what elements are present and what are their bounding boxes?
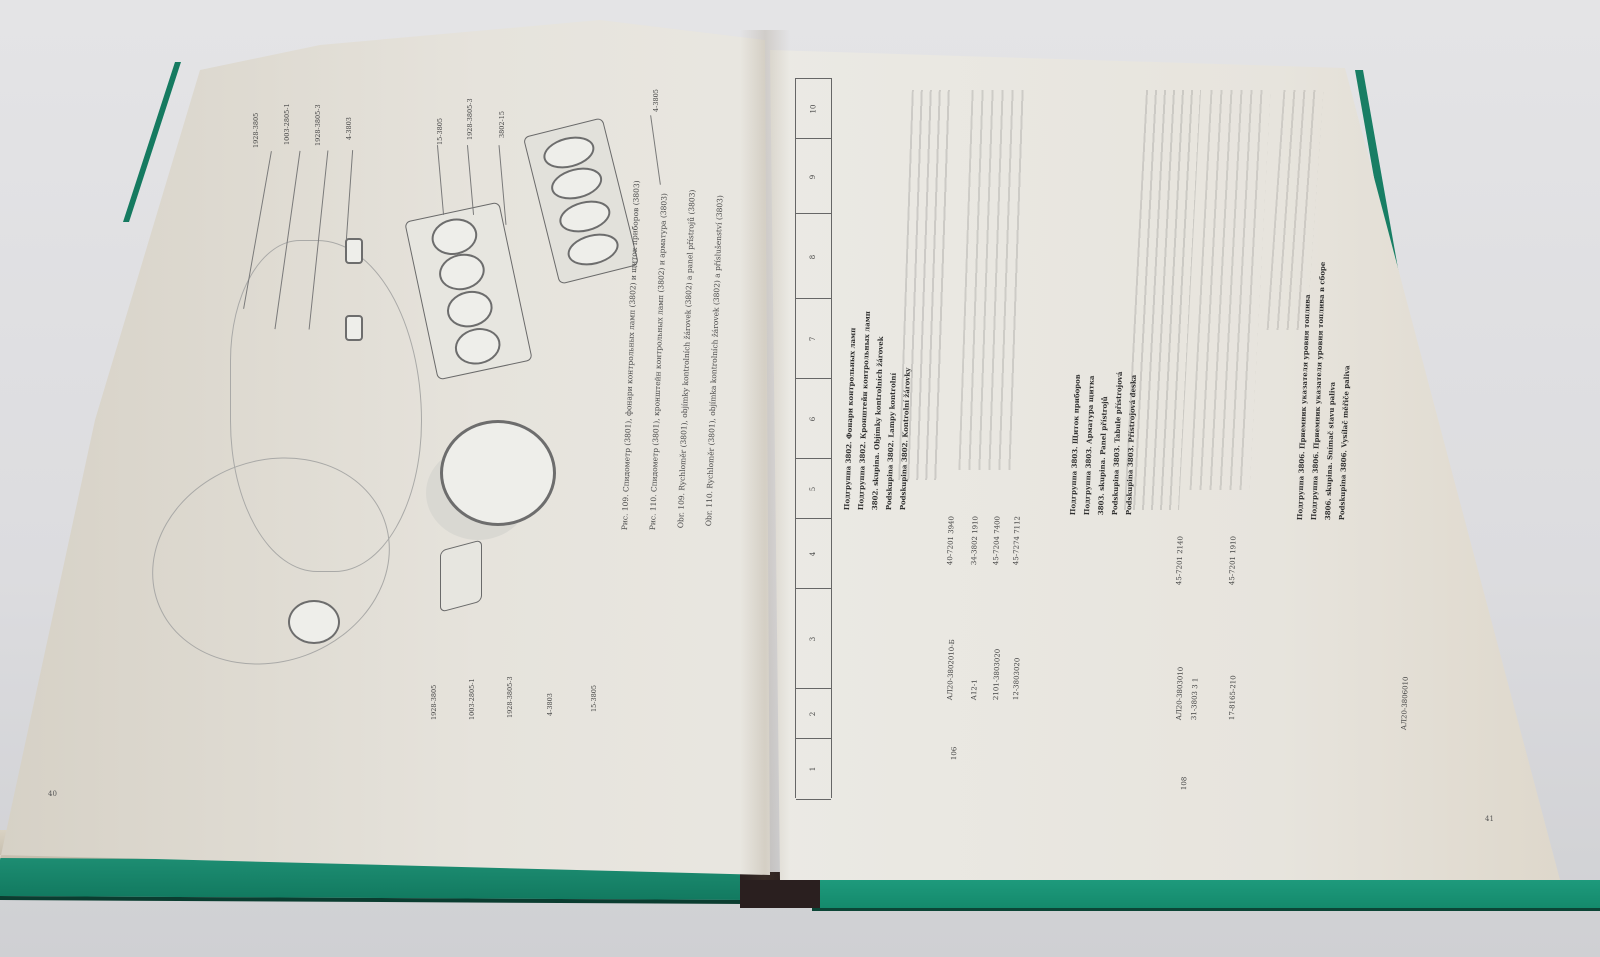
part-number: 34-3802 1910 (970, 516, 980, 565)
callout-label: 15-3805 (590, 685, 598, 712)
description-text-block (1267, 90, 1324, 330)
section-heading: Podskupina 3802. Lampy kontrolní (884, 373, 898, 511)
section-heading: Podskupina 3803. Tabule přístrojová (1110, 371, 1124, 515)
book-cover-right (812, 880, 1600, 911)
part-number: 45-7201 2140 (1175, 536, 1185, 585)
column-header: 9 (796, 138, 831, 214)
speedometer-drawing (440, 420, 556, 526)
figure-caption: Obr. 110. Rychloměr (3801), objímka kont… (704, 195, 726, 526)
column-header: 6 (796, 378, 831, 459)
row-number: 106 (950, 747, 958, 761)
lamp-socket-drawing (345, 315, 363, 341)
instrument-faceplate-drawing (523, 117, 639, 284)
gauge-sketch-small (288, 600, 340, 644)
callout-label: 1928-3805-3 (466, 98, 474, 140)
part-number: 45-7201 1910 (1228, 536, 1238, 585)
row-number: 108 (1180, 777, 1188, 791)
callout-label: 1928-3805-3 (314, 104, 322, 146)
part-number: 40-7201 3940 (946, 516, 956, 565)
callout-label: 3802-15 (498, 111, 506, 138)
description-text-block (958, 90, 1026, 470)
section-heading: Подгруппа 3802. Фонари контрольных ламп (842, 328, 857, 511)
book-gutter (740, 30, 790, 880)
section-heading: 3803. skupina. Panel přístrojů (1096, 396, 1109, 515)
callout-label: 4-3803 (345, 117, 353, 140)
section-heading: 3802. skupina. Objímky kontrolních žárov… (870, 336, 885, 510)
column-header: 8 (796, 213, 831, 299)
callout-line (467, 145, 474, 215)
column-header: 1 (796, 738, 831, 800)
description-text-block (898, 90, 952, 480)
figure-caption: Obr. 109. Rychloměr (3801), objímky kont… (676, 189, 698, 528)
callout-label: 4-3803 (546, 693, 554, 716)
lamp-socket-drawing (345, 238, 363, 264)
part-number: 45-7204 7400 (992, 516, 1002, 565)
section-heading: Подгруппа 3802. Кронштейн контрольных ла… (856, 311, 872, 510)
part-number: AЛ20-3803010 (1175, 667, 1185, 721)
column-header: 4 (796, 518, 831, 589)
figure-caption: Рис. 110. Спидометр (3801), кронштейн ко… (648, 193, 670, 530)
part-number: 45-7274 7112 (1012, 516, 1022, 565)
column-header: 3 (796, 588, 831, 689)
callout-label: 1003-2805-1 (283, 103, 291, 145)
column-header: 10 (796, 78, 831, 139)
callout-label: 1928-3805 (430, 685, 438, 720)
column-header: 5 (796, 458, 831, 519)
column-header: 7 (796, 298, 831, 379)
part-number: 12-3803020 (1012, 658, 1021, 701)
section-heading: Podskupina 3806. Vysílač měřiče paliva (1337, 365, 1351, 520)
callout-label: 4-3805 (652, 89, 660, 112)
part-number: AЛ20-3802010-Б (946, 639, 956, 700)
callout-label: 1928-3805-3 (506, 676, 514, 718)
description-text-block (1190, 90, 1271, 490)
part-number: 2101-3803020 (992, 649, 1002, 701)
description-text-block (1124, 90, 1201, 510)
callout-label: 1928-3805 (252, 113, 260, 148)
part-number: 31-3803 3 1 (1190, 678, 1199, 721)
section-heading: Подгруппа 3803. Щиток приборов (1068, 374, 1082, 515)
page-number-right: 41 (1485, 815, 1494, 823)
column-header: 2 (796, 688, 831, 739)
part-number: 17-8165-210 (1228, 675, 1238, 720)
speedometer-bracket (440, 539, 482, 612)
table-header: 10 9 8 7 6 5 4 3 2 1 (795, 78, 832, 798)
part-number: АЛ20-3806010 (1400, 676, 1410, 730)
gauge-cluster-drawing (404, 202, 533, 381)
callout-line (437, 145, 444, 215)
dashboard-sketch-outline (230, 240, 422, 572)
page-number-left: 40 (48, 790, 57, 798)
section-heading: 3806. skupina. Snímač stavu paliva (1323, 382, 1337, 521)
callout-line (650, 115, 661, 184)
part-number: A12-1 (970, 679, 979, 700)
callout-line (346, 150, 353, 240)
section-heading: Подгруппа 3803. Арматура щитка (1082, 375, 1096, 515)
callout-label: 1003-2805-1 (468, 678, 476, 720)
callout-label: 15-3805 (436, 118, 444, 145)
